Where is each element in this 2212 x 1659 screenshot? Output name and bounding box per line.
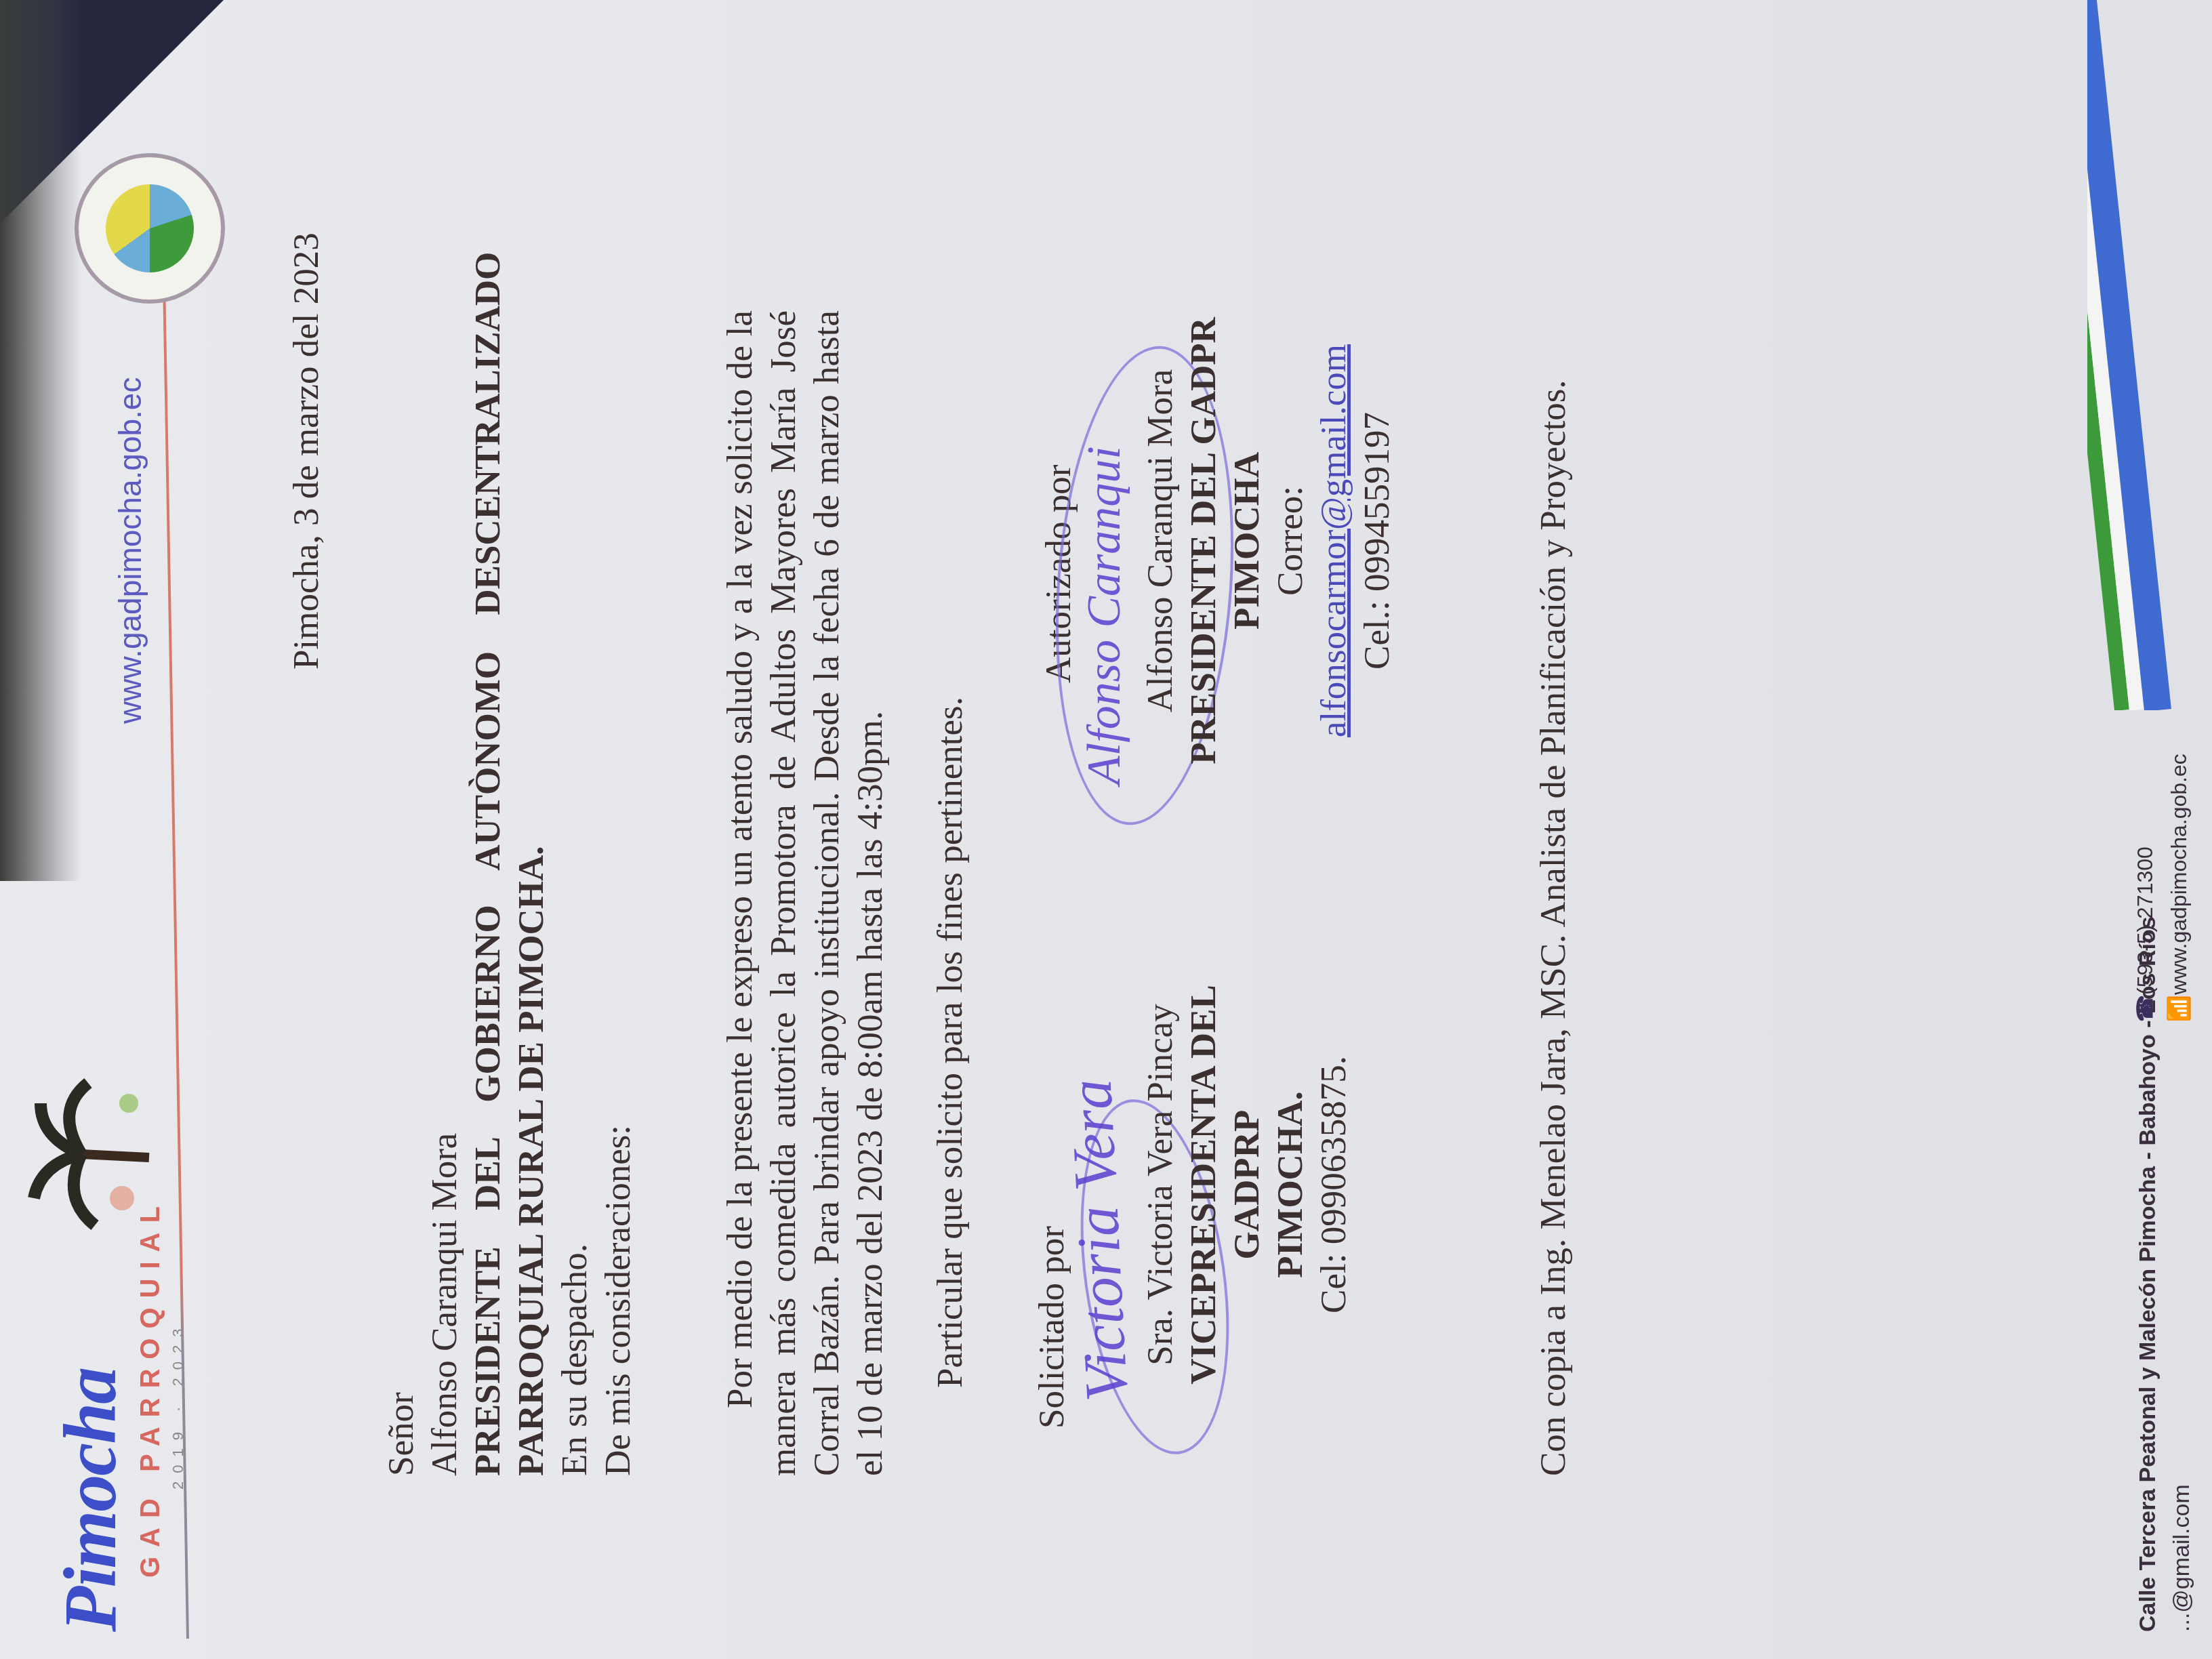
footer-phone: (593-5) 271300 <box>2133 846 2157 995</box>
requester-block: Sra. Victoria Vera Pincay VICEPRESIDENTA… <box>1139 914 1355 1456</box>
recipient-honorific: Señor <box>380 252 423 1476</box>
requester-phone: Cel: 0990635875. <box>1312 914 1355 1456</box>
authorizer-phone: Cel.: 0994559197 <box>1355 270 1399 812</box>
footer-email: ...@gmail.com <box>2169 1484 2195 1632</box>
authorizer-signature: Alfonso Caranqui <box>1078 446 1132 785</box>
footer-contact: ☎(593-5) 271300 📶www.gadpimocha.gob.ec <box>2128 754 2196 1022</box>
letter-page: Pimocha GAD PARROQUIAL 2019 · 2023 www.g… <box>0 0 2212 1659</box>
recipient-name: Alfonso Caranqui Mora <box>423 252 466 1476</box>
letter-date: Pimocha, 3 de marzo del 2023 <box>285 232 328 670</box>
letter-body: Por medio de la presente le expreso un a… <box>718 310 892 1476</box>
carbon-copy-line: Con copia a Ing. Menelao Jara, MSC. Anal… <box>1532 380 1575 1476</box>
flag-ribbon-decoration <box>2087 0 2212 710</box>
footer-website[interactable]: www.gadpimocha.gob.ec <box>2167 754 2191 995</box>
wifi-globe-icon: 📶 <box>2162 995 2196 1022</box>
recipient-block: Señor Alfonso Caranqui Mora PRESIDENTE D… <box>380 252 596 1476</box>
requester-name: Sra. Victoria Vera Pincay <box>1139 914 1182 1456</box>
logo-script: Pimocha <box>47 1368 134 1632</box>
authorizer-role-1: PRESIDENTE DEL GADPR <box>1182 270 1225 812</box>
salutation: De mis consideraciones: <box>596 1125 640 1476</box>
letter-footer: Calle Tercera Peatonal y Malecón Pimocha… <box>2087 0 2212 1659</box>
authorizer-role-2: PIMOCHA <box>1225 270 1269 812</box>
requester-role-2: PIMOCHA. <box>1269 914 1312 1456</box>
header-website-link[interactable]: www.gadpimocha.gob.ec <box>112 377 148 724</box>
photo-shadow <box>0 0 81 881</box>
recipient-closing: En su despacho. <box>553 252 596 1476</box>
closing-line: Particular que solicito para los fines p… <box>928 697 972 1388</box>
phone-icon: ☎ <box>2128 995 2162 1022</box>
palm-tree-icon <box>20 1076 156 1239</box>
authorizer-block: Alfonso Caranqui Mora PRESIDENTE DEL GAD… <box>1139 270 1399 812</box>
requester-role-1: VICEPRESIDENTA DEL GADPRP <box>1182 914 1269 1456</box>
footer-address: Calle Tercera Peatonal y Malecón Pimocha… <box>2135 916 2161 1632</box>
recipient-title-1: PRESIDENTE DEL GOBIERNO AUTÒNOMO DESCENT… <box>466 252 510 1476</box>
authorizer-email-link[interactable]: alfonsocarmor@gmail.com <box>1312 270 1355 812</box>
authorizer-name: Alfonso Caranqui Mora <box>1139 270 1182 812</box>
logo-subtitle: GAD PARROQUIAL <box>136 1197 166 1578</box>
authorizer-email-label: Correo: <box>1269 270 1312 812</box>
recipient-title-2: PARROQUIAL RURAL DE PIMOCHA. <box>510 252 553 1476</box>
